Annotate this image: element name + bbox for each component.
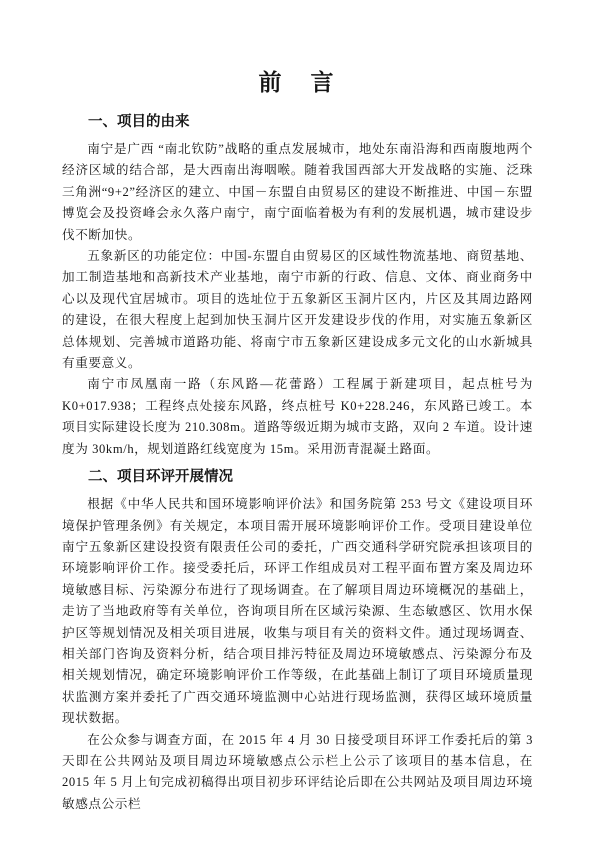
paragraph-eia-basis-and-work: 根据《中华人民共和国环境影响评价法》和国务院第 253 号文《建设项目环境保护管…	[62, 494, 533, 729]
paragraph-wuxiang-district-function: 五象新区的功能定位：中国-东盟自由贸易区的区域性物流基地、商贸基地、加工制造基地…	[62, 246, 533, 374]
section-heading-eia-progress: 二、项目环评开展情况	[62, 467, 533, 487]
document-page: 前 言 一、项目的由来 南宁是广西 “南北钦防”战略的重点发展城市，地处东南沿海…	[0, 0, 595, 842]
paragraph-city-strategy: 南宁是广西 “南北钦防”战略的重点发展城市，地处东南沿海和西南腹地两个经济区域的…	[62, 139, 533, 246]
paragraph-public-participation: 在公众参与调查方面，在 2015 年 4 月 30 日接受项目环评工作委托后的第…	[62, 730, 533, 816]
section-heading-project-origin: 一、项目的由来	[62, 112, 533, 132]
document-title: 前 言	[62, 68, 533, 98]
paragraph-road-project-specs: 南宁市凤凰南一路（东风路—花蕾路）工程属于新建项目，起点桩号为K0+017.93…	[62, 374, 533, 460]
